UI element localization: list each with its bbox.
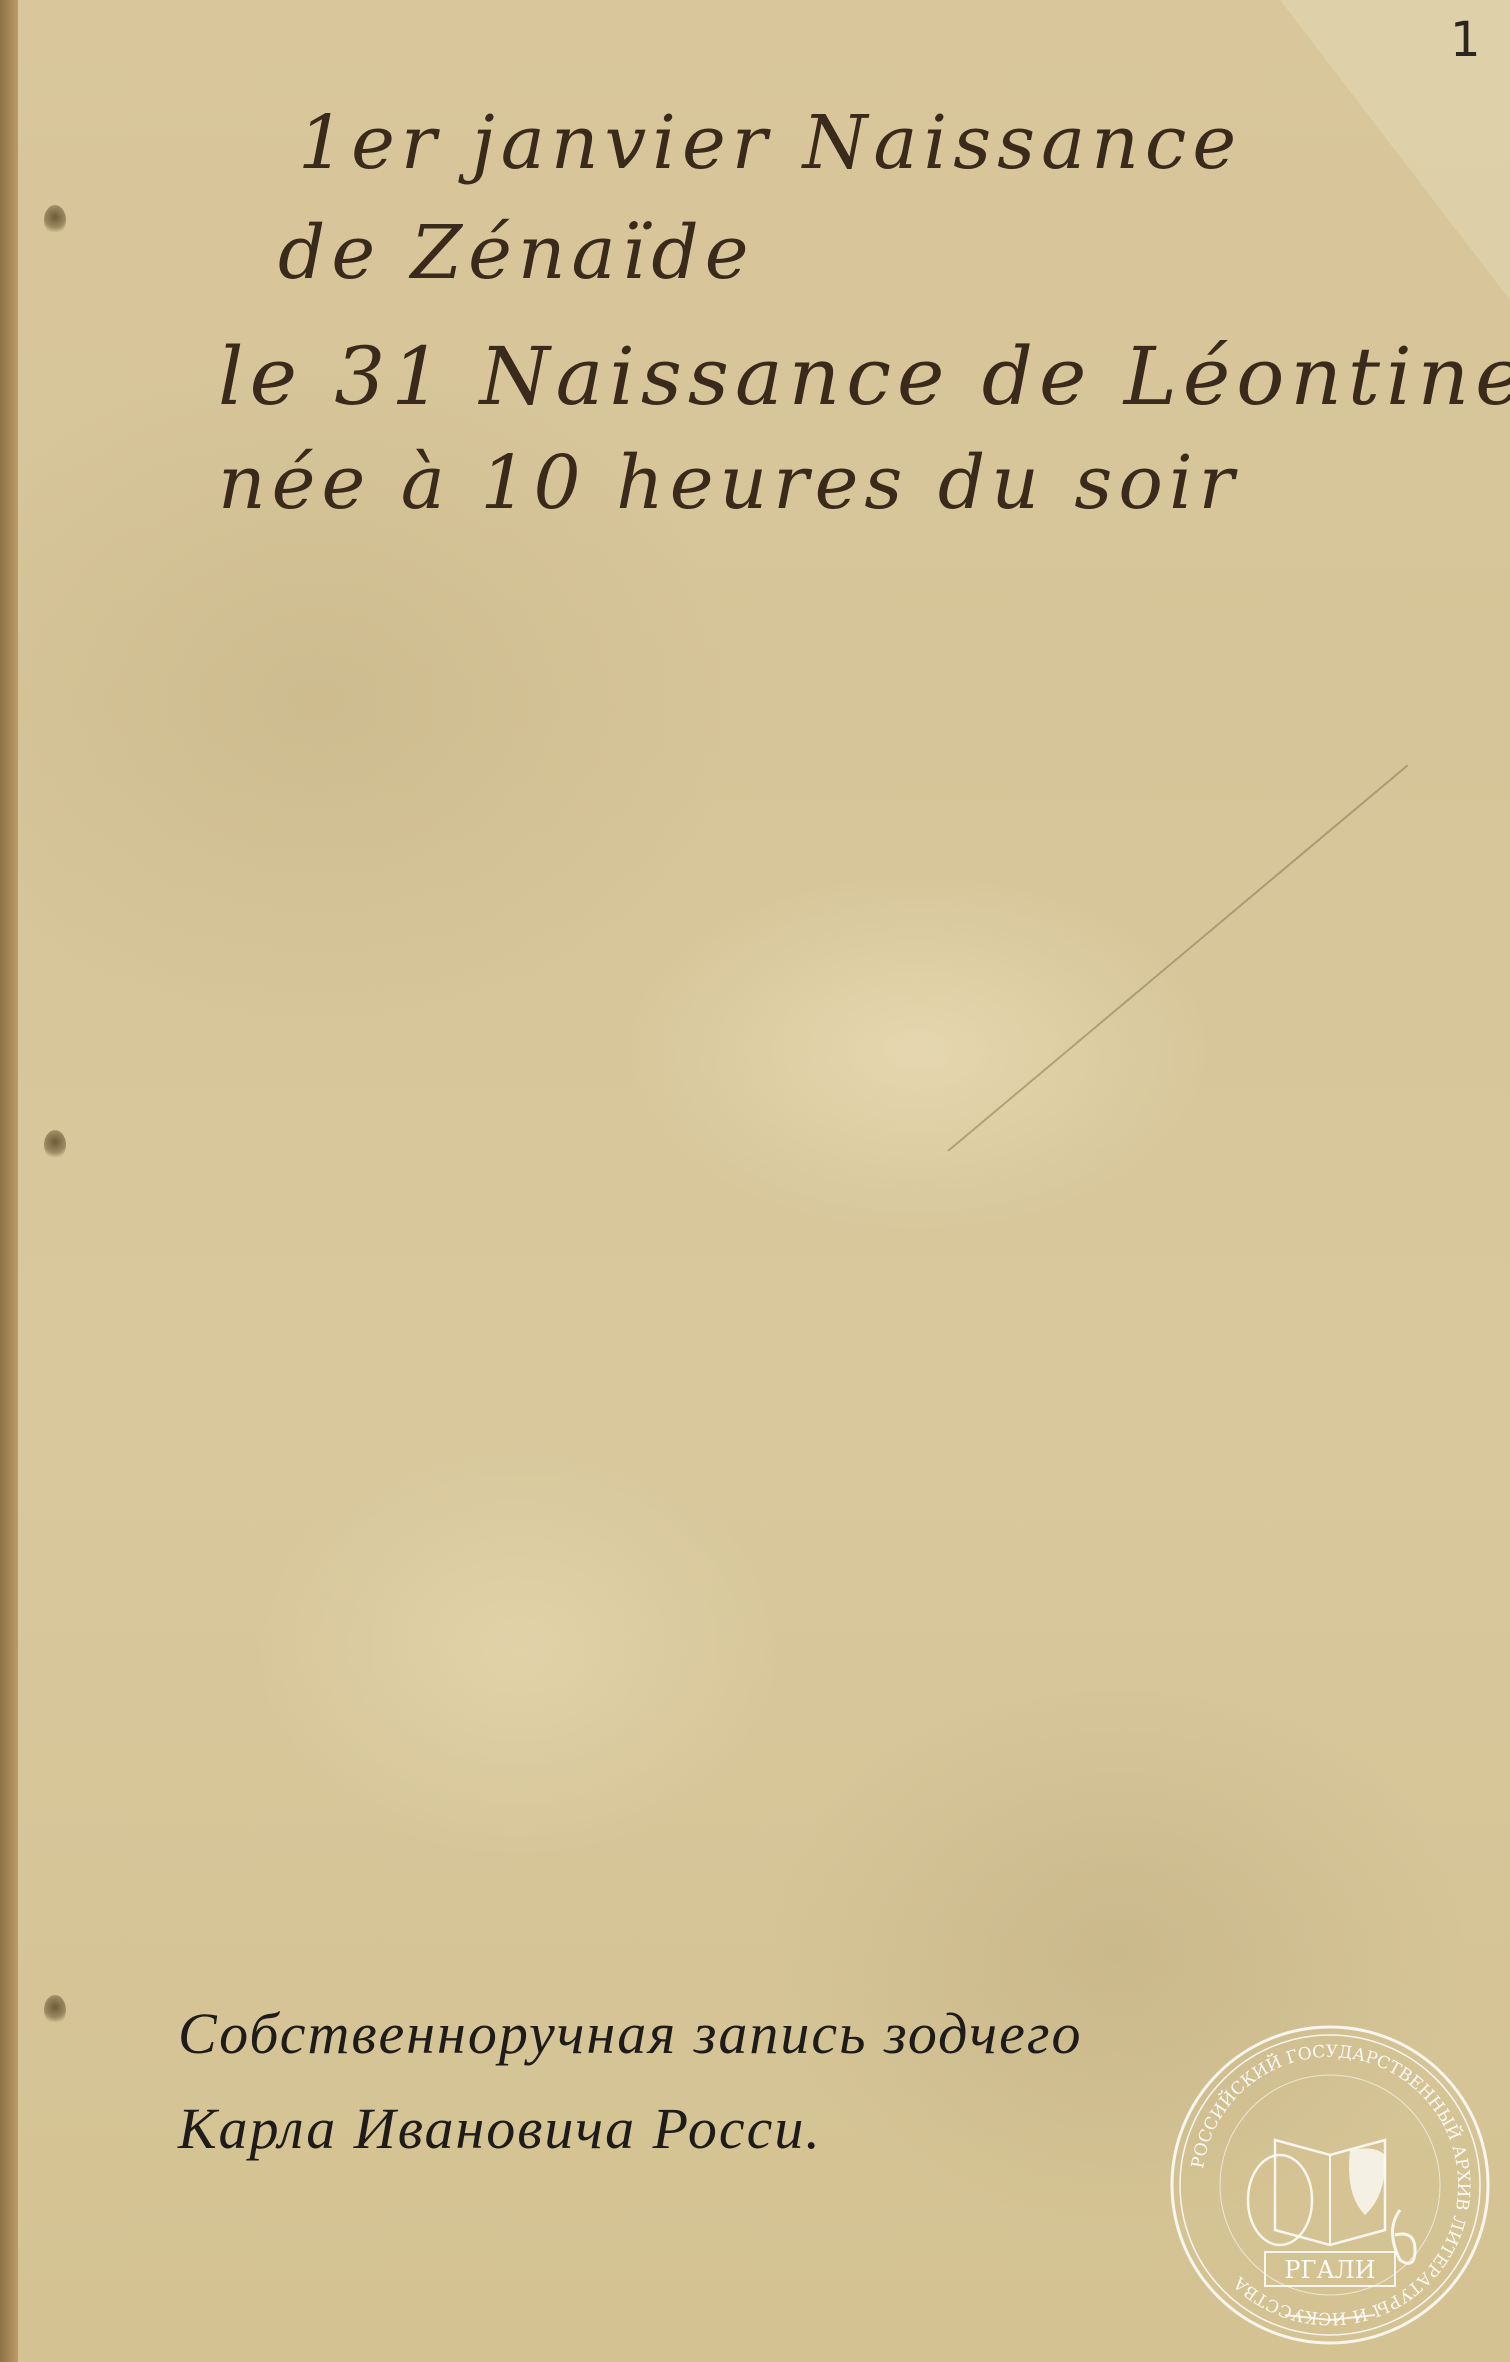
french-entry-line: de Zénaïde [278,210,755,296]
french-entry-line: le 31 Naissance de Léontine [218,330,1510,423]
french-entry-line: née à 10 heures du soir [218,440,1240,526]
manuscript-page: 1 1er janvier Naissance de Zénaïde le 31… [18,0,1510,2362]
french-entry-line: 1er janvier Naissance [298,100,1242,186]
russian-note-line: Карла Ивановича Росси. [178,2095,822,2162]
binding-edge [0,0,18,2362]
stitch-hole [44,205,66,235]
paper-crease [947,765,1408,1152]
russian-note-line: Собственноручная запись зодчего [178,2000,1082,2067]
svg-text:РГАЛИ: РГАЛИ [1284,2256,1375,2284]
stitch-hole [44,1130,66,1160]
archive-stamp: РОССИЙСКИЙ ГОСУДАРСТВЕННЫЙ АРХИВ ЛИТЕРАТ… [1165,2020,1495,2350]
rgali-seal-icon: РОССИЙСКИЙ ГОСУДАРСТВЕННЫЙ АРХИВ ЛИТЕРАТ… [1165,2020,1495,2350]
folio-number: 1 [1450,12,1481,68]
stitch-hole [44,1995,66,2025]
